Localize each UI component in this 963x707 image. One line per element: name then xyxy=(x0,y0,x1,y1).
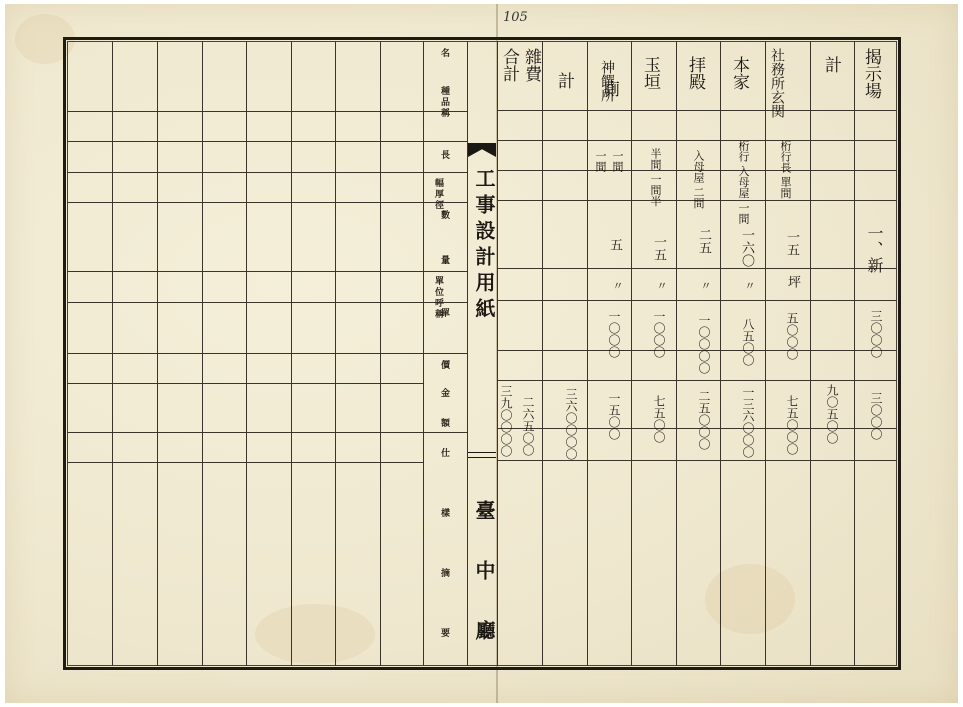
grid-hline xyxy=(497,110,897,111)
col-header-worship-hall: 拝殿 xyxy=(686,56,703,90)
amount-notice-board: 三〇〇〇 xyxy=(870,392,882,440)
qty-fence: 一五 xyxy=(652,235,665,261)
col-header-grand-total: 合計 xyxy=(500,48,517,82)
amount-fence: 七五〇〇 xyxy=(653,395,665,443)
col-header-notice-board: 揭示場 xyxy=(862,48,879,99)
spec-shrine-office: 桁行長 單間 xyxy=(780,140,791,199)
row-label-spec: 仕 xyxy=(438,448,451,459)
row-label-length: 長 xyxy=(438,150,451,161)
row-label-price: 價 xyxy=(438,360,451,371)
row-label-spec-2: 樣 xyxy=(438,508,451,519)
col-header-shrine-office: 社務所玄関 xyxy=(770,48,784,118)
row-label-unit-price: 單 xyxy=(438,308,451,319)
grid-hline xyxy=(67,271,467,272)
grid-hline xyxy=(67,353,467,354)
grid-hline xyxy=(497,140,897,141)
row-label-count: 數 xyxy=(438,210,451,221)
grid-hline xyxy=(67,202,467,203)
row-label-remarks: 摘 xyxy=(438,568,451,579)
grid-hline xyxy=(497,380,897,381)
issuer-name: 臺中廳 xyxy=(470,500,499,680)
col-header-subtotal: 計 xyxy=(822,56,839,73)
grid-hline xyxy=(67,172,467,173)
grid-hline xyxy=(67,111,467,112)
grid-hline xyxy=(67,383,423,384)
page-number: 105 xyxy=(503,10,528,25)
price-shrine-office: 五〇〇〇 xyxy=(786,312,798,360)
grid-vline xyxy=(587,41,588,666)
amount-subtotal-2: 三六〇〇〇〇 xyxy=(565,388,577,460)
first-row-item: 一、新 xyxy=(866,225,882,273)
grid-hline xyxy=(497,300,897,301)
amount-shrine-office: 七五〇〇〇 xyxy=(786,395,798,455)
row-label-gold: 金 xyxy=(438,388,451,399)
grid-hline xyxy=(67,432,467,433)
form-title: 工事設計用紙 xyxy=(470,168,499,324)
grid-hline xyxy=(67,462,423,463)
spec-main-hall: 桁行 入母屋 一間 xyxy=(738,140,749,224)
col-header-subtotal-2: 計 xyxy=(555,72,572,89)
grid-hline xyxy=(67,302,467,303)
price-worship-hall: 一〇〇〇〇 xyxy=(698,314,710,374)
amount-worship-hall: 二五〇〇〇 xyxy=(698,390,710,450)
spec-toilet: 一間 xyxy=(595,150,606,172)
grid-vline xyxy=(631,41,632,666)
qty-offering-room: 五 xyxy=(608,238,621,251)
col-header-misc-costs: 雜費 xyxy=(522,48,539,82)
row-label-remarks-2: 要 xyxy=(438,628,451,639)
unit-fence: 〃 xyxy=(656,280,667,291)
grid-hline xyxy=(497,460,897,461)
unit-main-hall: 〃 xyxy=(744,280,755,291)
spec-offering-room: 一間 xyxy=(612,150,623,172)
unit-worship-hall: 〃 xyxy=(700,280,711,291)
row-label-amount: 額 xyxy=(438,418,451,429)
row-label-quantity: 量 xyxy=(438,255,451,266)
qty-shrine-office: 一五 xyxy=(785,230,798,256)
amount-main-hall: 一三六〇〇〇 xyxy=(742,386,754,458)
amount-grand-total: 三九〇〇〇〇 xyxy=(500,385,512,457)
price-fence: 一〇〇〇 xyxy=(653,310,665,358)
unit-offering-room: 〃 xyxy=(612,280,623,291)
spec-worship-hall: 入母屋 二間 xyxy=(693,150,704,209)
col-header-fence: 玉垣 xyxy=(641,56,658,90)
unit-shrine-office: 坪 xyxy=(786,275,799,288)
amount-offering-room: 一五〇〇 xyxy=(608,392,620,440)
grid-vline xyxy=(676,41,677,666)
grid-vline xyxy=(765,41,766,666)
amount-subtotal: 九〇五〇〇 xyxy=(826,384,838,444)
price-notice-board: 三〇〇〇 xyxy=(870,310,882,358)
row-label-name: 名 xyxy=(438,48,451,59)
grid-vline xyxy=(854,41,855,666)
grid-hline xyxy=(497,268,897,269)
col-header-main-hall: 本家 xyxy=(730,56,747,90)
grid-vline xyxy=(810,41,811,666)
col-header-toilet: 廁 xyxy=(600,80,617,97)
spec-fence: 半間 一間半 xyxy=(650,148,661,207)
grid-vline xyxy=(720,41,721,666)
price-offering-room: 一〇〇〇 xyxy=(608,310,620,358)
grid-vline xyxy=(467,41,468,666)
grid-vline xyxy=(542,41,543,666)
price-main-hall: 八五〇〇 xyxy=(742,318,754,366)
row-label-kind: 種品稱 xyxy=(438,86,451,119)
qty-worship-hall: 二五 xyxy=(697,228,710,254)
qty-main-hall: 一六〇 xyxy=(740,228,753,267)
double-rule-divider xyxy=(468,452,496,458)
grid-hline xyxy=(67,141,467,142)
row-label-width-thickness-diameter: 幅厚徑 xyxy=(432,178,445,211)
amount-misc-costs: 二六五〇〇 xyxy=(522,396,534,456)
